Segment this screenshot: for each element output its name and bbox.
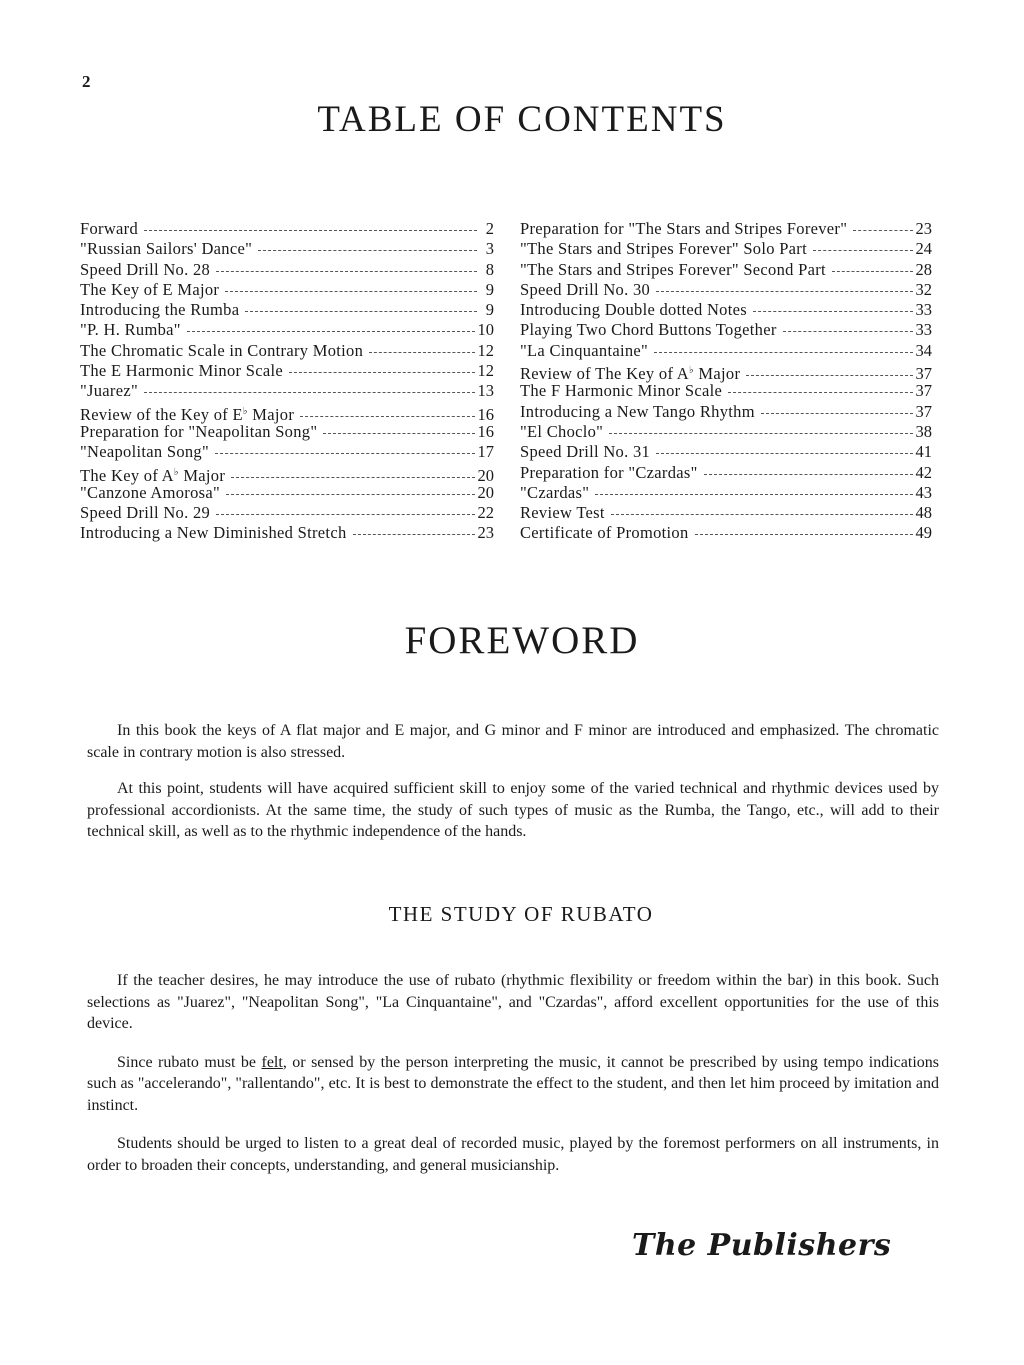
dot-leader — [216, 513, 474, 515]
toc-entry-title: "The Stars and Stripes Forever" Solo Par… — [520, 239, 810, 259]
toc-entry: Introducing Double dotted Notes33 — [520, 300, 932, 320]
toc-entry-page: 8 — [480, 260, 494, 280]
dot-leader — [353, 533, 475, 535]
toc-entry-page: 20 — [478, 483, 495, 503]
dot-leader — [656, 452, 912, 454]
toc-entry-page: 3 — [480, 239, 494, 259]
toc-entry-page: 42 — [916, 463, 933, 483]
toc-entry-title: "Neapolitan Song" — [80, 442, 212, 462]
rubato-text: Since rubato must be — [117, 1054, 262, 1071]
toc-entry-page: 10 — [478, 320, 495, 340]
toc-entry: Review of the Key of E♭ Major16 — [80, 402, 494, 422]
toc-entry-title: Forward — [80, 219, 141, 239]
toc-entry-title: Preparation for "Czardas" — [520, 463, 701, 483]
toc-entry: Introducing the Rumba9 — [80, 300, 494, 320]
toc-entry-page: 24 — [916, 239, 933, 259]
toc-entry-title: Review Test — [520, 503, 608, 523]
page-number: 2 — [82, 72, 91, 92]
toc-entry-title: "Czardas" — [520, 483, 592, 503]
publisher-signature: The Publishers — [632, 1228, 891, 1263]
toc-left-column: Forward2"Russian Sailors' Dance"3Speed D… — [80, 219, 494, 544]
toc-entry-page: 16 — [478, 422, 495, 442]
toc-entry-page: 34 — [916, 341, 933, 361]
toc-entry-title: Introducing Double dotted Notes — [520, 300, 750, 320]
toc-entry-page: 17 — [478, 442, 495, 462]
dot-leader — [231, 476, 474, 478]
dot-leader — [595, 493, 912, 495]
flat-sign: ♭ — [689, 365, 694, 376]
toc-entry: Playing Two Chord Buttons Together33 — [520, 320, 932, 340]
dot-leader — [216, 270, 477, 272]
rubato-paragraph: Students should be urged to listen to a … — [87, 1133, 939, 1176]
toc-entry-title: Speed Drill No. 29 — [80, 503, 213, 523]
toc-entry-title: Speed Drill No. 28 — [80, 260, 213, 280]
toc-entry-title: Certificate of Promotion — [520, 523, 692, 543]
toc-entry-page: 37 — [916, 402, 933, 422]
dot-leader — [832, 270, 913, 272]
foreword-paragraph: At this point, students will have acquir… — [87, 778, 939, 843]
toc-entry: "Juarez"13 — [80, 381, 494, 401]
toc-entry: "Czardas"43 — [520, 483, 932, 503]
emphasis-felt: felt — [262, 1054, 283, 1071]
dot-leader — [369, 351, 474, 353]
dot-leader — [144, 391, 474, 393]
flat-sign: ♭ — [243, 406, 248, 417]
dot-leader — [144, 229, 477, 231]
toc-entry: Preparation for "Czardas"42 — [520, 463, 932, 483]
toc-entry: "Russian Sailors' Dance"3 — [80, 239, 494, 259]
toc-right-column: Preparation for "The Stars and Stripes F… — [520, 219, 932, 544]
toc-entry-page: 33 — [916, 320, 933, 340]
toc-entry-title: The Key of E Major — [80, 280, 222, 300]
toc-entry: Preparation for "The Stars and Stripes F… — [520, 219, 932, 239]
toc-entry-page: 37 — [916, 381, 933, 401]
toc-entry: Speed Drill No. 3032 — [520, 280, 932, 300]
dot-leader — [225, 290, 477, 292]
toc-entry: Review Test48 — [520, 503, 932, 523]
toc-entry-page: 48 — [916, 503, 933, 523]
toc-entry-title: "Juarez" — [80, 381, 141, 401]
toc-entry: Review of The Key of A♭ Major37 — [520, 361, 932, 381]
toc-entry-title: "El Choclo" — [520, 422, 606, 442]
dot-leader — [609, 432, 912, 434]
toc-entry-title: The Chromatic Scale in Contrary Motion — [80, 341, 366, 361]
toc-entry: "Canzone Amorosa"20 — [80, 483, 494, 503]
toc-entry-title: "Canzone Amorosa" — [80, 483, 223, 503]
toc-entry: Speed Drill No. 3141 — [520, 442, 932, 462]
toc-entry-page: 2 — [480, 219, 494, 239]
toc-entry: Speed Drill No. 2922 — [80, 503, 494, 523]
toc-entry-page: 38 — [916, 422, 933, 442]
toc-entry: Speed Drill No. 288 — [80, 260, 494, 280]
toc-entry-page: 23 — [478, 523, 495, 543]
dot-leader — [813, 249, 913, 251]
toc-entry-title: Preparation for "The Stars and Stripes F… — [520, 219, 850, 239]
dot-leader — [215, 452, 474, 454]
toc-entry-title: Preparation for "Neapolitan Song" — [80, 422, 320, 442]
toc-entry: Forward2 — [80, 219, 494, 239]
toc-entry: Introducing a New Tango Rhythm37 — [520, 402, 932, 422]
toc-entry: Preparation for "Neapolitan Song"16 — [80, 422, 494, 442]
toc-entry-page: 32 — [916, 280, 933, 300]
dot-leader — [695, 533, 913, 535]
dot-leader — [746, 374, 912, 376]
dot-leader — [258, 249, 477, 251]
toc-entry-title: Playing Two Chord Buttons Together — [520, 320, 780, 340]
toc-entry-title: Introducing a New Diminished Stretch — [80, 523, 350, 543]
foreword-heading: FOREWORD — [0, 618, 1024, 663]
foreword-paragraph: In this book the keys of A flat major an… — [87, 720, 939, 763]
toc-entry-title: "Russian Sailors' Dance" — [80, 239, 255, 259]
toc-entry-title: Speed Drill No. 30 — [520, 280, 653, 300]
toc-entry-title: "La Cinquantaine" — [520, 341, 651, 361]
toc-entry: "Neapolitan Song"17 — [80, 442, 494, 462]
toc-entry-title: "P. H. Rumba" — [80, 320, 184, 340]
toc-entry: The Key of E Major9 — [80, 280, 494, 300]
dot-leader — [704, 473, 913, 475]
rubato-paragraph: If the teacher desires, he may introduce… — [87, 970, 939, 1035]
toc-entry-page: 41 — [916, 442, 933, 462]
toc-entry: The Key of A♭ Major20 — [80, 463, 494, 483]
toc-entry-page: 12 — [478, 361, 495, 381]
toc-entry-page: 33 — [916, 300, 933, 320]
dot-leader — [245, 310, 477, 312]
foreword-body: In this book the keys of A flat major an… — [87, 720, 939, 858]
toc-entry-title: Introducing the Rumba — [80, 300, 242, 320]
toc-entry-page: 13 — [478, 381, 495, 401]
toc-entry-page: 23 — [916, 219, 933, 239]
dot-leader — [853, 229, 912, 231]
toc-entry: The Chromatic Scale in Contrary Motion12 — [80, 341, 494, 361]
toc-entry: Introducing a New Diminished Stretch23 — [80, 523, 494, 543]
dot-leader — [611, 513, 913, 515]
toc-entry-title: Speed Drill No. 31 — [520, 442, 653, 462]
toc-entry: "El Choclo"38 — [520, 422, 932, 442]
toc-entry-page: 12 — [478, 341, 495, 361]
toc-entry-title: "The Stars and Stripes Forever" Second P… — [520, 260, 829, 280]
toc-entry: The F Harmonic Minor Scale37 — [520, 381, 932, 401]
dot-leader — [656, 290, 912, 292]
toc-entry: Certificate of Promotion49 — [520, 523, 932, 543]
toc-entry-page: 28 — [916, 260, 933, 280]
toc-entry: "P. H. Rumba"10 — [80, 320, 494, 340]
toc-entry-page: 9 — [480, 280, 494, 300]
toc-heading: TABLE OF CONTENTS — [0, 98, 1024, 141]
rubato-body: If the teacher desires, he may introduce… — [87, 970, 939, 1193]
dot-leader — [323, 432, 474, 434]
toc-entry-title: The E Harmonic Minor Scale — [80, 361, 286, 381]
rubato-heading: THE STUDY OF RUBATO — [0, 902, 1024, 927]
flat-sign: ♭ — [174, 467, 179, 478]
toc-entry-title: The F Harmonic Minor Scale — [520, 381, 725, 401]
dot-leader — [187, 330, 475, 332]
dot-leader — [761, 412, 913, 414]
dot-leader — [728, 391, 912, 393]
rubato-paragraph: Since rubato must be felt, or sensed by … — [87, 1052, 939, 1117]
dot-leader — [753, 310, 913, 312]
toc-entry-page: 43 — [916, 483, 933, 503]
toc-entry-page: 22 — [478, 503, 495, 523]
dot-leader — [783, 330, 913, 332]
dot-leader — [289, 371, 475, 373]
dot-leader — [226, 493, 474, 495]
toc-entry-page: 49 — [916, 523, 933, 543]
toc-entry: "The Stars and Stripes Forever" Solo Par… — [520, 239, 932, 259]
toc-entry: "The Stars and Stripes Forever" Second P… — [520, 260, 932, 280]
toc-entry-title: Introducing a New Tango Rhythm — [520, 402, 758, 422]
toc-entry: "La Cinquantaine"34 — [520, 341, 932, 361]
dot-leader — [300, 415, 474, 417]
toc-entry: The E Harmonic Minor Scale12 — [80, 361, 494, 381]
dot-leader — [654, 351, 912, 353]
toc-entry-page: 9 — [480, 300, 494, 320]
